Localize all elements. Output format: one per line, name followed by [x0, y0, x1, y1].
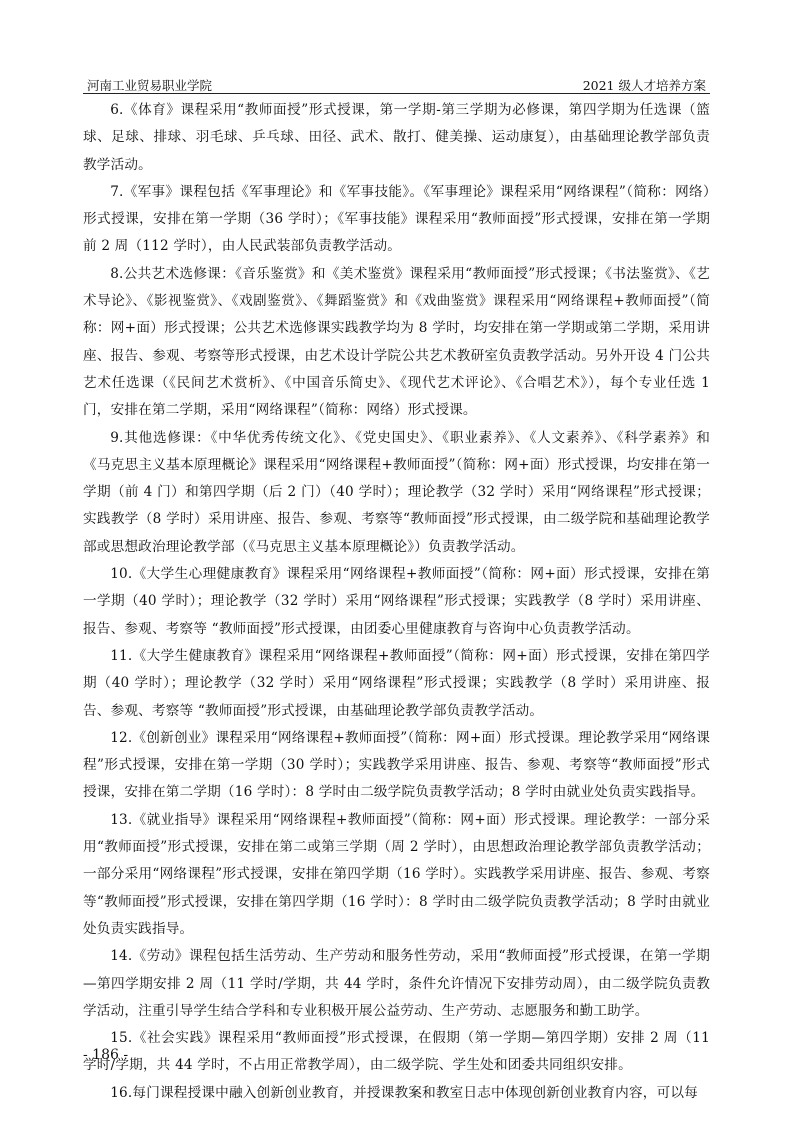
- paragraph-16-integration: 16.每门课程授课中融入创新创业教育，并授课教案和教室日志中体现创新创业教育内容…: [83, 1080, 710, 1107]
- page-header: 河南工业贸易职业学院 2021 级人才培养方案: [83, 74, 710, 94]
- paragraph-11-health-education: 11.《大学生健康教育》课程采用“网络课程+教师面授”（简称：网+面）形式授课，…: [83, 643, 710, 725]
- paragraph-9-other-electives: 9.其他选修课：《中华优秀传统文化》、《党史国史》、《职业素养》、《人文素养》、…: [83, 425, 710, 561]
- paragraph-13-employment: 13.《就业指导》课程采用“网络课程+教师面授”（简称：网+面）形式授课。理论教…: [83, 807, 710, 943]
- header-document-title: 2021 级人才培养方案: [583, 76, 706, 94]
- paragraph-7-military: 7.《军事》课程包括《军事理论》和《军事技能》。《军事理论》课程采用“网络课程”…: [83, 179, 710, 261]
- paragraph-6-sports: 6.《体育》课程采用“教师面授”形式授课，第一学期-第三学期为必修课，第四学期为…: [83, 97, 710, 179]
- header-institution: 河南工业贸易职业学院: [87, 76, 212, 94]
- paragraph-15-social-practice: 15.《社会实践》课程采用“教师面授”形式授课，在假期（第一学期—第四学期）安排…: [83, 1025, 710, 1080]
- page-number: - 186 -: [83, 1047, 128, 1063]
- paragraph-14-labor: 14.《劳动》课程包括生活劳动、生产劳动和服务性劳动，采用“教师面授”形式授课，…: [83, 943, 710, 1025]
- paragraph-12-innovation: 12.《创新创业》课程采用“网络课程+教师面授”（简称：网+面）形式授课。理论教…: [83, 725, 710, 807]
- paragraph-8-art-electives: 8.公共艺术选修课：《音乐鉴赏》和《美术鉴赏》课程采用“教师面授”形式授课；《书…: [83, 261, 710, 425]
- paragraph-10-mental-health: 10.《大学生心理健康教育》课程采用“网络课程+教师面授”（简称：网+面）形式授…: [83, 561, 710, 643]
- page-body: 6.《体育》课程采用“教师面授”形式授课，第一学期-第三学期为必修课，第四学期为…: [83, 97, 710, 1107]
